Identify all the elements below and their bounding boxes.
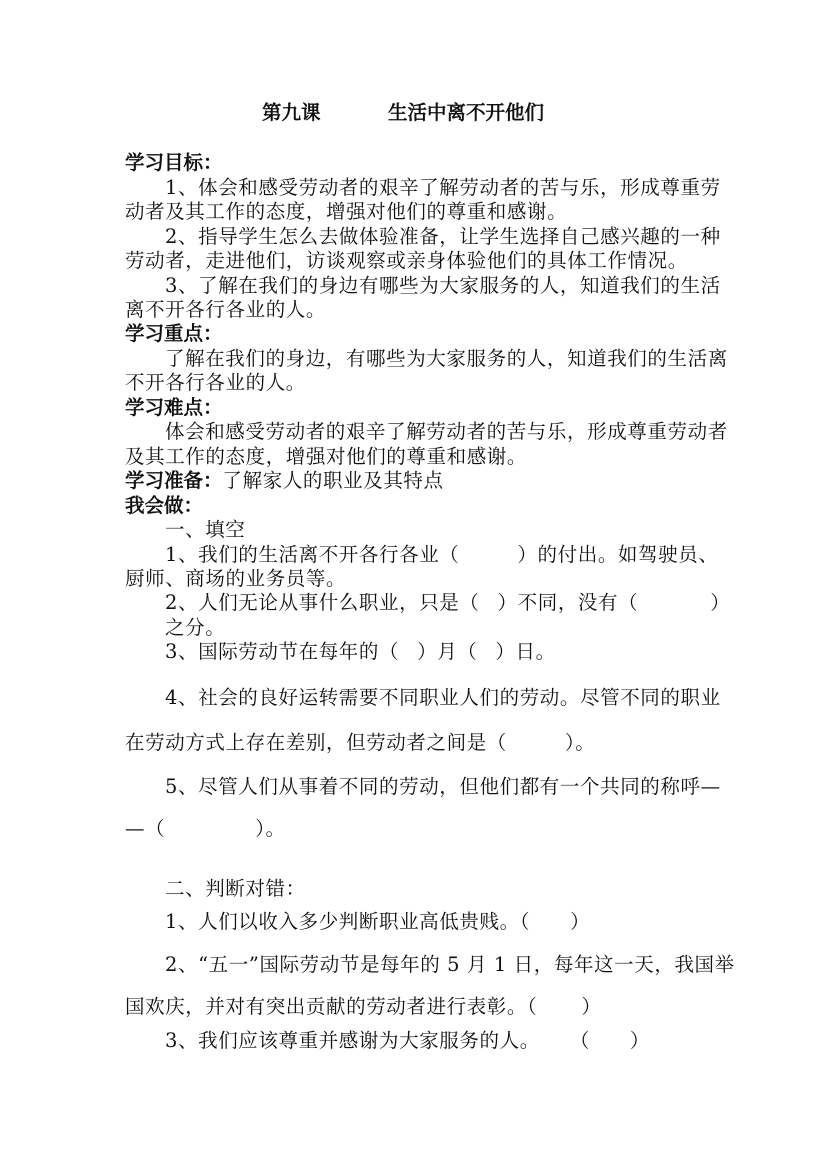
true-false-q3: 3、我们应该尊重并感谢为大家服务的人。（） — [165, 1029, 745, 1053]
difficulties-heading: 学习难点： — [125, 396, 705, 420]
lesson-title: 生活中离不开他们 — [388, 101, 544, 125]
preparation-heading: 学习准备： — [125, 469, 223, 492]
true-false-q2-text: 国欢庆，并对有突出贡献的劳动者进行表彰。（ — [125, 995, 537, 1018]
fill-in-q2-line-1: 2、人们无论从事什么职业，只是（）不同，没有（） — [165, 591, 745, 615]
preparation-text: 了解家人的职业及其特点 — [223, 469, 444, 492]
true-false-q3-open: （ — [570, 1029, 590, 1052]
fill-in-q4-text-a: 在劳动方式上存在差别，但劳动者之间是（ — [125, 731, 507, 754]
fill-in-heading: 一、填空 — [165, 518, 745, 542]
fill-in-q4-line-2: 在劳动方式上存在差别，但劳动者之间是（）。 — [125, 731, 705, 755]
fill-in-q3: 3、国际劳动节在每年的（）月（）日。 — [165, 640, 745, 664]
fill-in-q5-line-1: 5、尽管人们从事着不同的劳动，但他们都有一个共同的称呼— — [165, 775, 745, 799]
fill-in-q1-text-a: 1、我们的生活离不开各行各业（ — [165, 543, 459, 566]
objective-1-line-1: 1、体会和感受劳动者的艰辛了解劳动者的苦与乐，形成尊重劳 — [165, 176, 745, 200]
objectives-heading: 学习目标： — [125, 151, 705, 175]
fill-in-q3-text-b: ）月（ — [417, 640, 477, 663]
true-false-q1-close: ） — [570, 910, 590, 933]
fill-in-q3-text-a: 3、国际劳动节在每年的（ — [165, 640, 399, 663]
fill-in-q4-text-b: ）。 — [565, 731, 595, 754]
exercises-heading: 我会做： — [125, 494, 705, 518]
document-page: 第九课 生活中离不开他们 学习目标： 1、体会和感受劳动者的艰辛了解劳动者的苦与… — [0, 0, 827, 1169]
fill-in-q5-line-2: —（）。 — [125, 817, 705, 841]
objective-2-line-2: 劳动者，走进他们，访谈观察或亲身体验他们的具体工作情况。 — [125, 249, 705, 273]
key-points-line-2: 不开各行各业的人。 — [125, 371, 705, 395]
true-false-q1-text: 1、人们以收入多少判断职业高低贵贱。（ — [165, 910, 530, 933]
fill-in-q2-text-a: 2、人们无论从事什么职业，只是（ — [165, 591, 480, 614]
objective-1-line-2: 动者及其工作的态度，增强对他们的尊重和感谢。 — [125, 200, 705, 224]
difficulties-line-1: 体会和感受劳动者的艰辛了解劳动者的苦与乐，形成尊重劳动者 — [165, 420, 745, 444]
fill-in-q1-line-2: 厨师、商场的业务员等。 — [125, 567, 705, 591]
fill-in-q3-text-c: ）日。 — [495, 640, 555, 663]
true-false-q3-close: ） — [630, 1029, 650, 1052]
difficulties-line-2: 及其工作的态度，增强对他们的尊重和感谢。 — [125, 445, 705, 469]
true-false-q3-text: 3、我们应该尊重并感谢为大家服务的人。 — [165, 1029, 540, 1052]
true-false-heading: 二、判断对错： — [165, 877, 745, 901]
fill-in-q2-text-b: ）不同，没有（ — [498, 591, 639, 614]
fill-in-q5-text-a: —（ — [125, 817, 165, 840]
fill-in-q1-line-1: 1、我们的生活离不开各行各业（）的付出。如驾驶员、 — [165, 543, 745, 567]
objective-2-line-1: 2、指导学生怎么去做体验准备，让学生选择自己感兴趣的一种 — [165, 225, 745, 249]
fill-in-q5-text-b: ）。 — [255, 817, 285, 840]
fill-in-q2-text-c: ） — [710, 591, 730, 614]
true-false-q2-line-1: 2、“五一”国际劳动节是每年的 5 月 1 日，每年这一天，我国举 — [165, 953, 745, 977]
true-false-q2-close: ） — [581, 995, 601, 1018]
fill-in-q4-line-1: 4、社会的良好运转需要不同职业人们的劳动。尽管不同的职业 — [165, 686, 745, 710]
objective-3-line-1: 3、了解在我们的身边有哪些为大家服务的人，知道我们的生活 — [165, 274, 745, 298]
key-points-heading: 学习重点： — [125, 322, 705, 346]
true-false-q1: 1、人们以收入多少判断职业高低贵贱。（） — [165, 910, 745, 934]
fill-in-q2-line-2: 之分。 — [165, 616, 745, 640]
objective-3-line-2: 离不开各行各业的人。 — [125, 298, 705, 322]
fill-in-q1-text-b: ）的付出。如驾驶员、 — [517, 543, 718, 566]
true-false-q2-line-2: 国欢庆，并对有突出贡献的劳动者进行表彰。（） — [125, 995, 705, 1019]
key-points-line-1: 了解在我们的身边，有哪些为大家服务的人，知道我们的生活离 — [165, 347, 745, 371]
lesson-number: 第九课 — [262, 101, 321, 125]
preparation-line: 学习准备：了解家人的职业及其特点 — [125, 469, 705, 493]
